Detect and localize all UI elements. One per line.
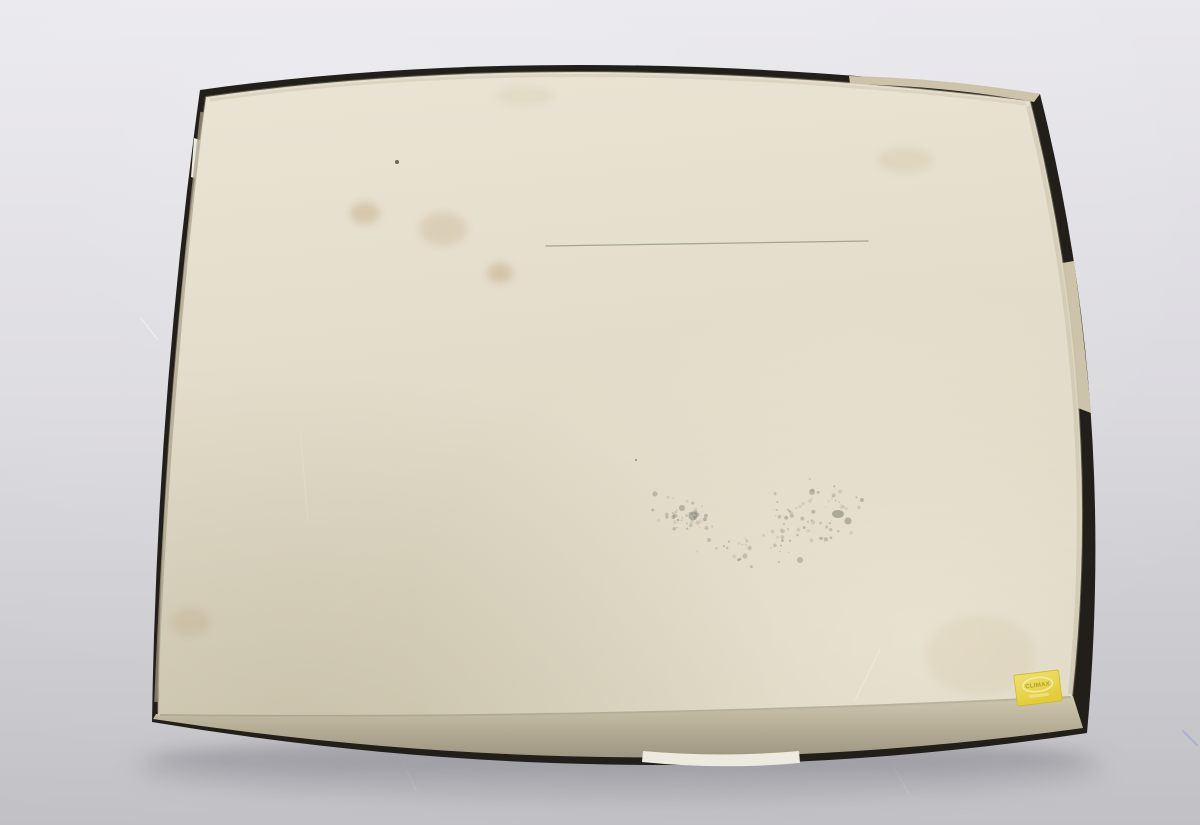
smudge-dot bbox=[825, 506, 827, 508]
smudge-dot bbox=[797, 535, 798, 536]
stain bbox=[170, 608, 210, 636]
smudge-dot bbox=[819, 537, 822, 540]
smudge-dot bbox=[686, 500, 689, 503]
smudge-dot bbox=[825, 526, 828, 529]
smudge-dot bbox=[665, 516, 668, 519]
smudge-dot bbox=[703, 518, 707, 522]
smudge-dot bbox=[827, 500, 829, 502]
smudge-dot bbox=[666, 496, 669, 499]
smudge-dot bbox=[788, 552, 789, 553]
stain bbox=[877, 147, 933, 173]
smudge-dot bbox=[747, 546, 751, 550]
stain bbox=[419, 212, 467, 246]
smudge-blob bbox=[707, 538, 711, 542]
smudge-blob bbox=[845, 518, 852, 525]
smudge-dot bbox=[676, 509, 678, 511]
smudge-dot bbox=[808, 499, 812, 503]
smudge-dot bbox=[835, 499, 837, 501]
smudge-dot bbox=[803, 526, 806, 529]
smudge-dot bbox=[693, 510, 695, 512]
maker-label-sticker: CLIMAX bbox=[1014, 670, 1062, 706]
smudge-dot bbox=[700, 519, 703, 522]
smudge-dot bbox=[771, 530, 775, 534]
smudge-dot bbox=[849, 531, 853, 535]
smudge-dot bbox=[855, 496, 857, 498]
smudge-dot bbox=[781, 539, 784, 542]
smudge-dot bbox=[798, 505, 802, 509]
smudge-dot bbox=[797, 528, 801, 532]
smudge-dot bbox=[838, 501, 840, 503]
smudge-dot bbox=[832, 493, 836, 497]
smudge-dot bbox=[784, 516, 788, 520]
box-lid: CLIMAX bbox=[152, 65, 1095, 766]
smudge-dot bbox=[739, 558, 742, 561]
smudge-dot bbox=[831, 520, 832, 521]
smudge-dot bbox=[780, 545, 782, 547]
smudge-dot bbox=[746, 540, 749, 543]
smudge-dot bbox=[789, 511, 792, 514]
smudge-dot bbox=[838, 489, 842, 493]
speck bbox=[635, 459, 637, 461]
smudge-dot bbox=[672, 527, 675, 530]
smudge-dot bbox=[857, 506, 861, 510]
smudge-dot bbox=[829, 528, 832, 531]
smudge-dot bbox=[696, 521, 700, 525]
smudge-dot bbox=[789, 540, 791, 542]
smudge-dot bbox=[676, 526, 678, 528]
smudge-dot bbox=[685, 514, 688, 517]
smudge-dot bbox=[677, 519, 680, 522]
smudge-dot bbox=[824, 537, 828, 541]
smudge-dot bbox=[686, 528, 688, 530]
photo-canvas: CLIMAX bbox=[0, 0, 1200, 825]
smudge-dot bbox=[675, 511, 677, 513]
smudge-dot bbox=[830, 536, 833, 539]
smudge-dot bbox=[770, 547, 772, 549]
smudge-dot bbox=[819, 522, 822, 525]
smudge-dot bbox=[860, 498, 864, 502]
smudge-dot bbox=[783, 523, 785, 525]
smudge-dot bbox=[837, 530, 840, 533]
speck bbox=[395, 160, 399, 164]
smudge-dot bbox=[742, 544, 744, 546]
smudge-dot bbox=[842, 505, 845, 508]
smudge-dot bbox=[673, 520, 677, 524]
smudge-dot bbox=[738, 542, 741, 545]
smudge-dot bbox=[810, 519, 812, 521]
smudge-dot bbox=[773, 544, 777, 548]
smudge-dot bbox=[673, 514, 677, 518]
face-corner-shading bbox=[158, 72, 1082, 717]
smudge-dot bbox=[745, 538, 747, 540]
smudge-dot bbox=[682, 517, 683, 518]
smudge-dot bbox=[779, 528, 783, 532]
smudge-dot bbox=[833, 485, 835, 487]
smudge-dot bbox=[810, 538, 814, 542]
smudge-dot bbox=[779, 551, 780, 552]
smudge-blob bbox=[679, 505, 685, 511]
smudge-dot bbox=[778, 561, 780, 563]
smudge-dot bbox=[681, 520, 682, 521]
smudge-dot bbox=[732, 554, 736, 558]
smudge-dot bbox=[773, 492, 776, 495]
smudge-dot bbox=[801, 502, 804, 505]
smudge-dot bbox=[686, 522, 688, 524]
smudge-dot bbox=[829, 522, 831, 524]
smudge-dot bbox=[811, 510, 815, 514]
smudge-dot bbox=[723, 545, 725, 547]
smudge-dot bbox=[726, 547, 729, 550]
smudge-dot bbox=[762, 534, 765, 537]
smudge-dot bbox=[774, 509, 775, 510]
smudge-dot bbox=[696, 551, 698, 553]
smudge-dot bbox=[775, 515, 776, 516]
smudge-blob bbox=[743, 554, 748, 559]
stain bbox=[487, 263, 513, 283]
smudge-dot bbox=[715, 547, 718, 550]
smudge-dot bbox=[776, 501, 778, 503]
smudge-dot bbox=[778, 515, 782, 519]
smudge-dot bbox=[691, 501, 694, 504]
stain bbox=[350, 202, 380, 224]
smudge-dot bbox=[651, 509, 654, 512]
smudge-dot bbox=[831, 498, 833, 500]
smudge-blob bbox=[832, 510, 844, 518]
smudge-dot bbox=[728, 540, 730, 542]
smudge-dot bbox=[704, 526, 708, 530]
smudge-dot bbox=[809, 478, 811, 480]
smudge-dot bbox=[699, 527, 701, 529]
smudge-dot bbox=[745, 544, 747, 546]
smudge-dot bbox=[796, 507, 797, 508]
smudge-dot bbox=[807, 521, 809, 523]
smudge-dot bbox=[845, 507, 848, 510]
smudge-blob bbox=[809, 489, 815, 495]
smudge-dot bbox=[806, 529, 810, 533]
smudge-dot bbox=[787, 509, 789, 511]
smudge-dot bbox=[711, 526, 713, 528]
smudge-dot bbox=[750, 565, 753, 568]
stain bbox=[495, 86, 555, 106]
smudge-dot bbox=[817, 491, 820, 494]
smudge-dot bbox=[657, 519, 660, 522]
smudge-dot bbox=[689, 524, 693, 528]
photo-of-box-lid: CLIMAX bbox=[0, 0, 1200, 825]
smudge-dot bbox=[776, 536, 779, 539]
smudge-dot bbox=[787, 528, 789, 530]
smudge-blob bbox=[689, 512, 698, 521]
smudge-dot bbox=[704, 514, 708, 518]
smudge-dot bbox=[690, 520, 693, 523]
smudge-dot bbox=[776, 509, 778, 511]
smudge-blob bbox=[797, 557, 803, 563]
smudge-blob bbox=[653, 492, 658, 497]
smudge-dot bbox=[781, 535, 785, 539]
smudge-dot bbox=[672, 498, 673, 499]
smudge-dot bbox=[800, 517, 804, 521]
smudge-dot bbox=[701, 505, 703, 507]
